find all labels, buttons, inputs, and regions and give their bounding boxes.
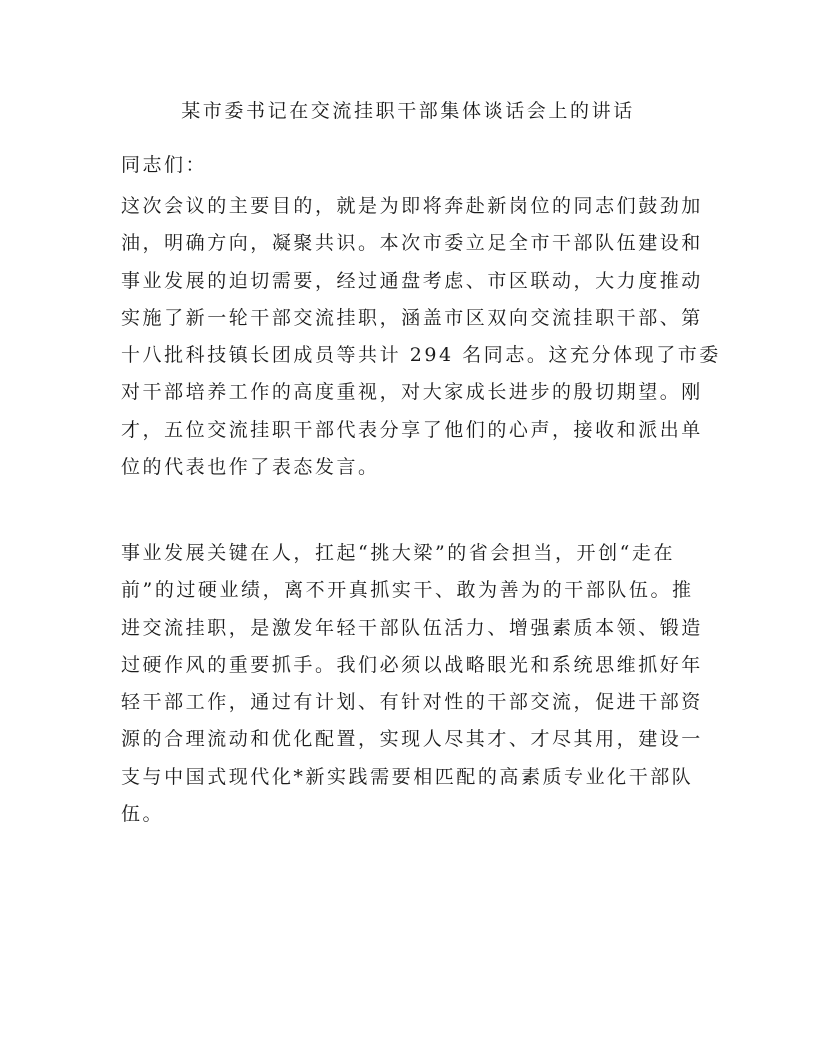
paragraph-line: 支与中国式现代化*新实践需要相匹配的高素质专业化干部队: [121, 759, 701, 796]
paragraph-line: 事业发展关键在人，扛起“挑大梁”的省会担当，开创“走在: [121, 535, 701, 572]
paragraph-line: 进交流挂职，是激发年轻干部队伍活力、增强素质本领、锻造: [121, 610, 701, 647]
document-page: 某市委书记在交流挂职干部集体谈话会上的讲话 同志们： 这次会议的主要目的，就是为…: [0, 0, 816, 1056]
paragraph-1: 这次会议的主要目的，就是为即将奔赴新岗位的同志们鼓劲加 油，明确方向，凝聚共识。…: [121, 188, 701, 486]
paragraph-line: 才，五位交流挂职干部代表分享了他们的心声，接收和派出单: [121, 412, 701, 449]
paragraph-line: 位的代表也作了表态发言。: [121, 449, 701, 486]
salutation: 同志们：: [121, 152, 207, 178]
paragraph-line: 伍。: [121, 796, 701, 833]
paragraph-line: 轻干部工作，通过有计划、有针对性的干部交流，促进干部资: [121, 684, 701, 721]
paragraph-line: 油，明确方向，凝聚共识。本次市委立足全市干部队伍建设和: [121, 225, 701, 262]
paragraph-line: 过硬作风的重要抓手。我们必须以战略眼光和系统思维抓好年: [121, 647, 701, 684]
paragraph-line: 十八批科技镇长团成员等共计 294 名同志。这充分体现了市委: [121, 337, 701, 374]
paragraph-line: 实施了新一轮干部交流挂职，涵盖市区双向交流挂职干部、第: [121, 300, 701, 337]
paragraph-line: 事业发展的迫切需要，经过通盘考虑、市区联动，大力度推动: [121, 263, 701, 300]
document-title: 某市委书记在交流挂职干部集体谈话会上的讲话: [0, 98, 816, 124]
paragraph-line: 对干部培养工作的高度重视，对大家成长进步的殷切期望。刚: [121, 374, 701, 411]
paragraph-2: 事业发展关键在人，扛起“挑大梁”的省会担当，开创“走在 前”的过硬业绩，离不开真…: [121, 535, 701, 833]
paragraph-line: 前”的过硬业绩，离不开真抓实干、敢为善为的干部队伍。推: [121, 572, 701, 609]
paragraph-line: 这次会议的主要目的，就是为即将奔赴新岗位的同志们鼓劲加: [121, 188, 701, 225]
paragraph-line: 源的合理流动和优化配置，实现人尽其才、才尽其用，建设一: [121, 721, 701, 758]
